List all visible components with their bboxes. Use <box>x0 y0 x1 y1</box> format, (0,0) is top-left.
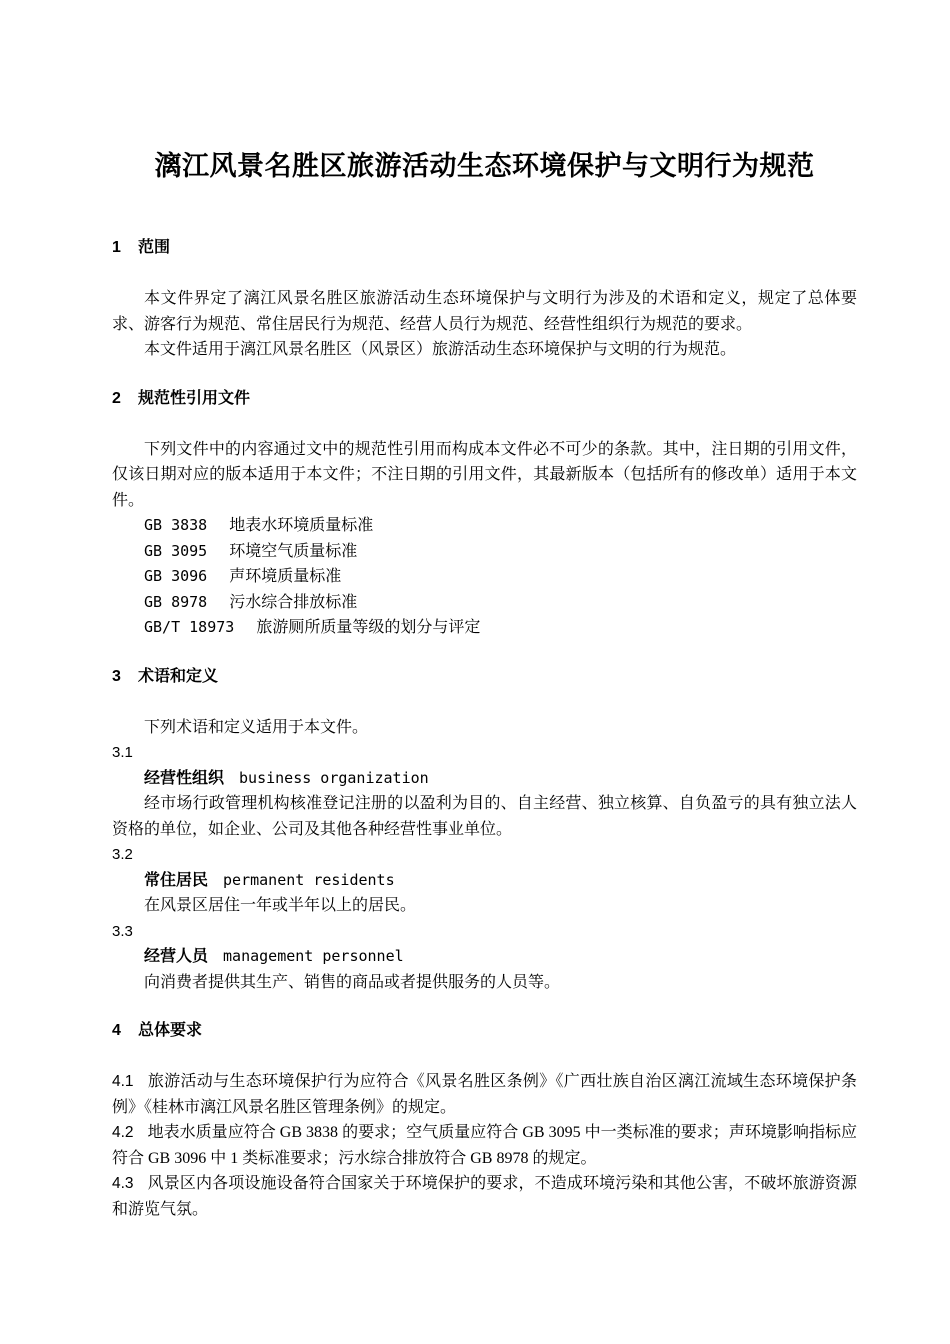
clause-text: 旅游活动与生态环境保护行为应符合《风景名胜区条例》《广西壮族自治区漓江流域生态环… <box>112 1073 857 1116</box>
term-number: 3.1 <box>112 740 857 766</box>
reference-title: 污水综合排放标准 <box>229 594 357 611</box>
section-title: 范围 <box>138 239 170 256</box>
reference-item: GB 3096声环境质量标准 <box>112 564 857 590</box>
clause-text: 风景区内各项设施设备符合国家关于环境保护的要求，不造成环境污染和其他公害，不破坏… <box>112 1175 857 1218</box>
reference-title: 地表水环境质量标准 <box>229 517 373 534</box>
paragraph: 下列文件中的内容通过文中的规范性引用而构成本文件必不可少的条款。其中，注日期的引… <box>112 437 857 514</box>
term-entry: 经营性组织business organization <box>112 766 857 792</box>
reference-item: GB 3095环境空气质量标准 <box>112 539 857 565</box>
reference-title: 声环境质量标准 <box>229 568 341 585</box>
section-title: 规范性引用文件 <box>138 390 250 407</box>
clause-number: 4.2 <box>112 1124 134 1141</box>
section-2-heading: 2规范性引用文件 <box>112 389 857 409</box>
term-name: 经营性组织 <box>144 770 224 787</box>
clause-text: 地表水质量应符合 GB 3838 的要求；空气质量应符合 GB 3095 中一类… <box>112 1124 857 1167</box>
term-number: 3.2 <box>112 842 857 868</box>
document-page: 漓江风景名胜区旅游活动生态环境保护与文明行为规范 1范围 本文件界定了漓江风景名… <box>0 0 950 1344</box>
reference-title: 旅游厕所质量等级的划分与评定 <box>256 619 480 636</box>
clause: 4.2地表水质量应符合 GB 3838 的要求；空气质量应符合 GB 3095 … <box>112 1120 857 1171</box>
reference-title: 环境空气质量标准 <box>229 543 357 560</box>
section-3-heading: 3术语和定义 <box>112 667 857 687</box>
term-english: business organization <box>239 769 429 787</box>
reference-list: GB 3838地表水环境质量标准 GB 3095环境空气质量标准 GB 3096… <box>112 513 857 641</box>
clause: 4.1旅游活动与生态环境保护行为应符合《风景名胜区条例》《广西壮族自治区漓江流域… <box>112 1069 857 1120</box>
section-title: 术语和定义 <box>138 668 218 685</box>
reference-item: GB/T 18973旅游厕所质量等级的划分与评定 <box>112 615 857 641</box>
terms-block: 3.1 经营性组织business organization 经市场行政管理机构… <box>112 740 857 995</box>
term-entry: 常住居民permanent residents <box>112 868 857 894</box>
reference-item: GB 3838地表水环境质量标准 <box>112 513 857 539</box>
clause-number: 4.3 <box>112 1175 134 1192</box>
reference-item: GB 8978污水综合排放标准 <box>112 590 857 616</box>
section-number: 3 <box>112 667 138 687</box>
term-definition: 经市场行政管理机构核准登记注册的以盈利为目的、自主经营、独立核算、自负盈亏的具有… <box>112 791 857 842</box>
terms-intro: 下列术语和定义适用于本文件。 <box>112 715 857 741</box>
section-4-heading: 4总体要求 <box>112 1021 857 1041</box>
term-definition: 向消费者提供其生产、销售的商品或者提供服务的人员等。 <box>112 970 857 996</box>
clause-number: 4.1 <box>112 1073 134 1090</box>
section-number: 1 <box>112 238 138 258</box>
term-name: 经营人员 <box>144 948 208 965</box>
reference-code: GB 3095 <box>144 542 207 560</box>
document-title: 漓江风景名胜区旅游活动生态环境保护与文明行为规范 <box>112 150 857 182</box>
reference-code: GB/T 18973 <box>144 618 234 636</box>
clause: 4.3风景区内各项设施设备符合国家关于环境保护的要求，不造成环境污染和其他公害，… <box>112 1171 857 1222</box>
section-number: 4 <box>112 1021 138 1041</box>
term-name: 常住居民 <box>144 872 208 889</box>
reference-code: GB 3838 <box>144 516 207 534</box>
paragraph: 本文件界定了漓江风景名胜区旅游活动生态环境保护与文明行为涉及的术语和定义，规定了… <box>112 286 857 337</box>
reference-code: GB 8978 <box>144 593 207 611</box>
paragraph: 本文件适用于漓江风景名胜区（风景区）旅游活动生态环境保护与文明的行为规范。 <box>112 337 857 363</box>
term-english: permanent residents <box>223 871 395 889</box>
section-title: 总体要求 <box>138 1022 202 1039</box>
term-definition: 在风景区居住一年或半年以上的居民。 <box>112 893 857 919</box>
reference-code: GB 3096 <box>144 567 207 585</box>
section-number: 2 <box>112 389 138 409</box>
term-number: 3.3 <box>112 919 857 945</box>
term-english: management personnel <box>223 947 404 965</box>
term-entry: 经营人员management personnel <box>112 944 857 970</box>
section-1-heading: 1范围 <box>112 238 857 258</box>
